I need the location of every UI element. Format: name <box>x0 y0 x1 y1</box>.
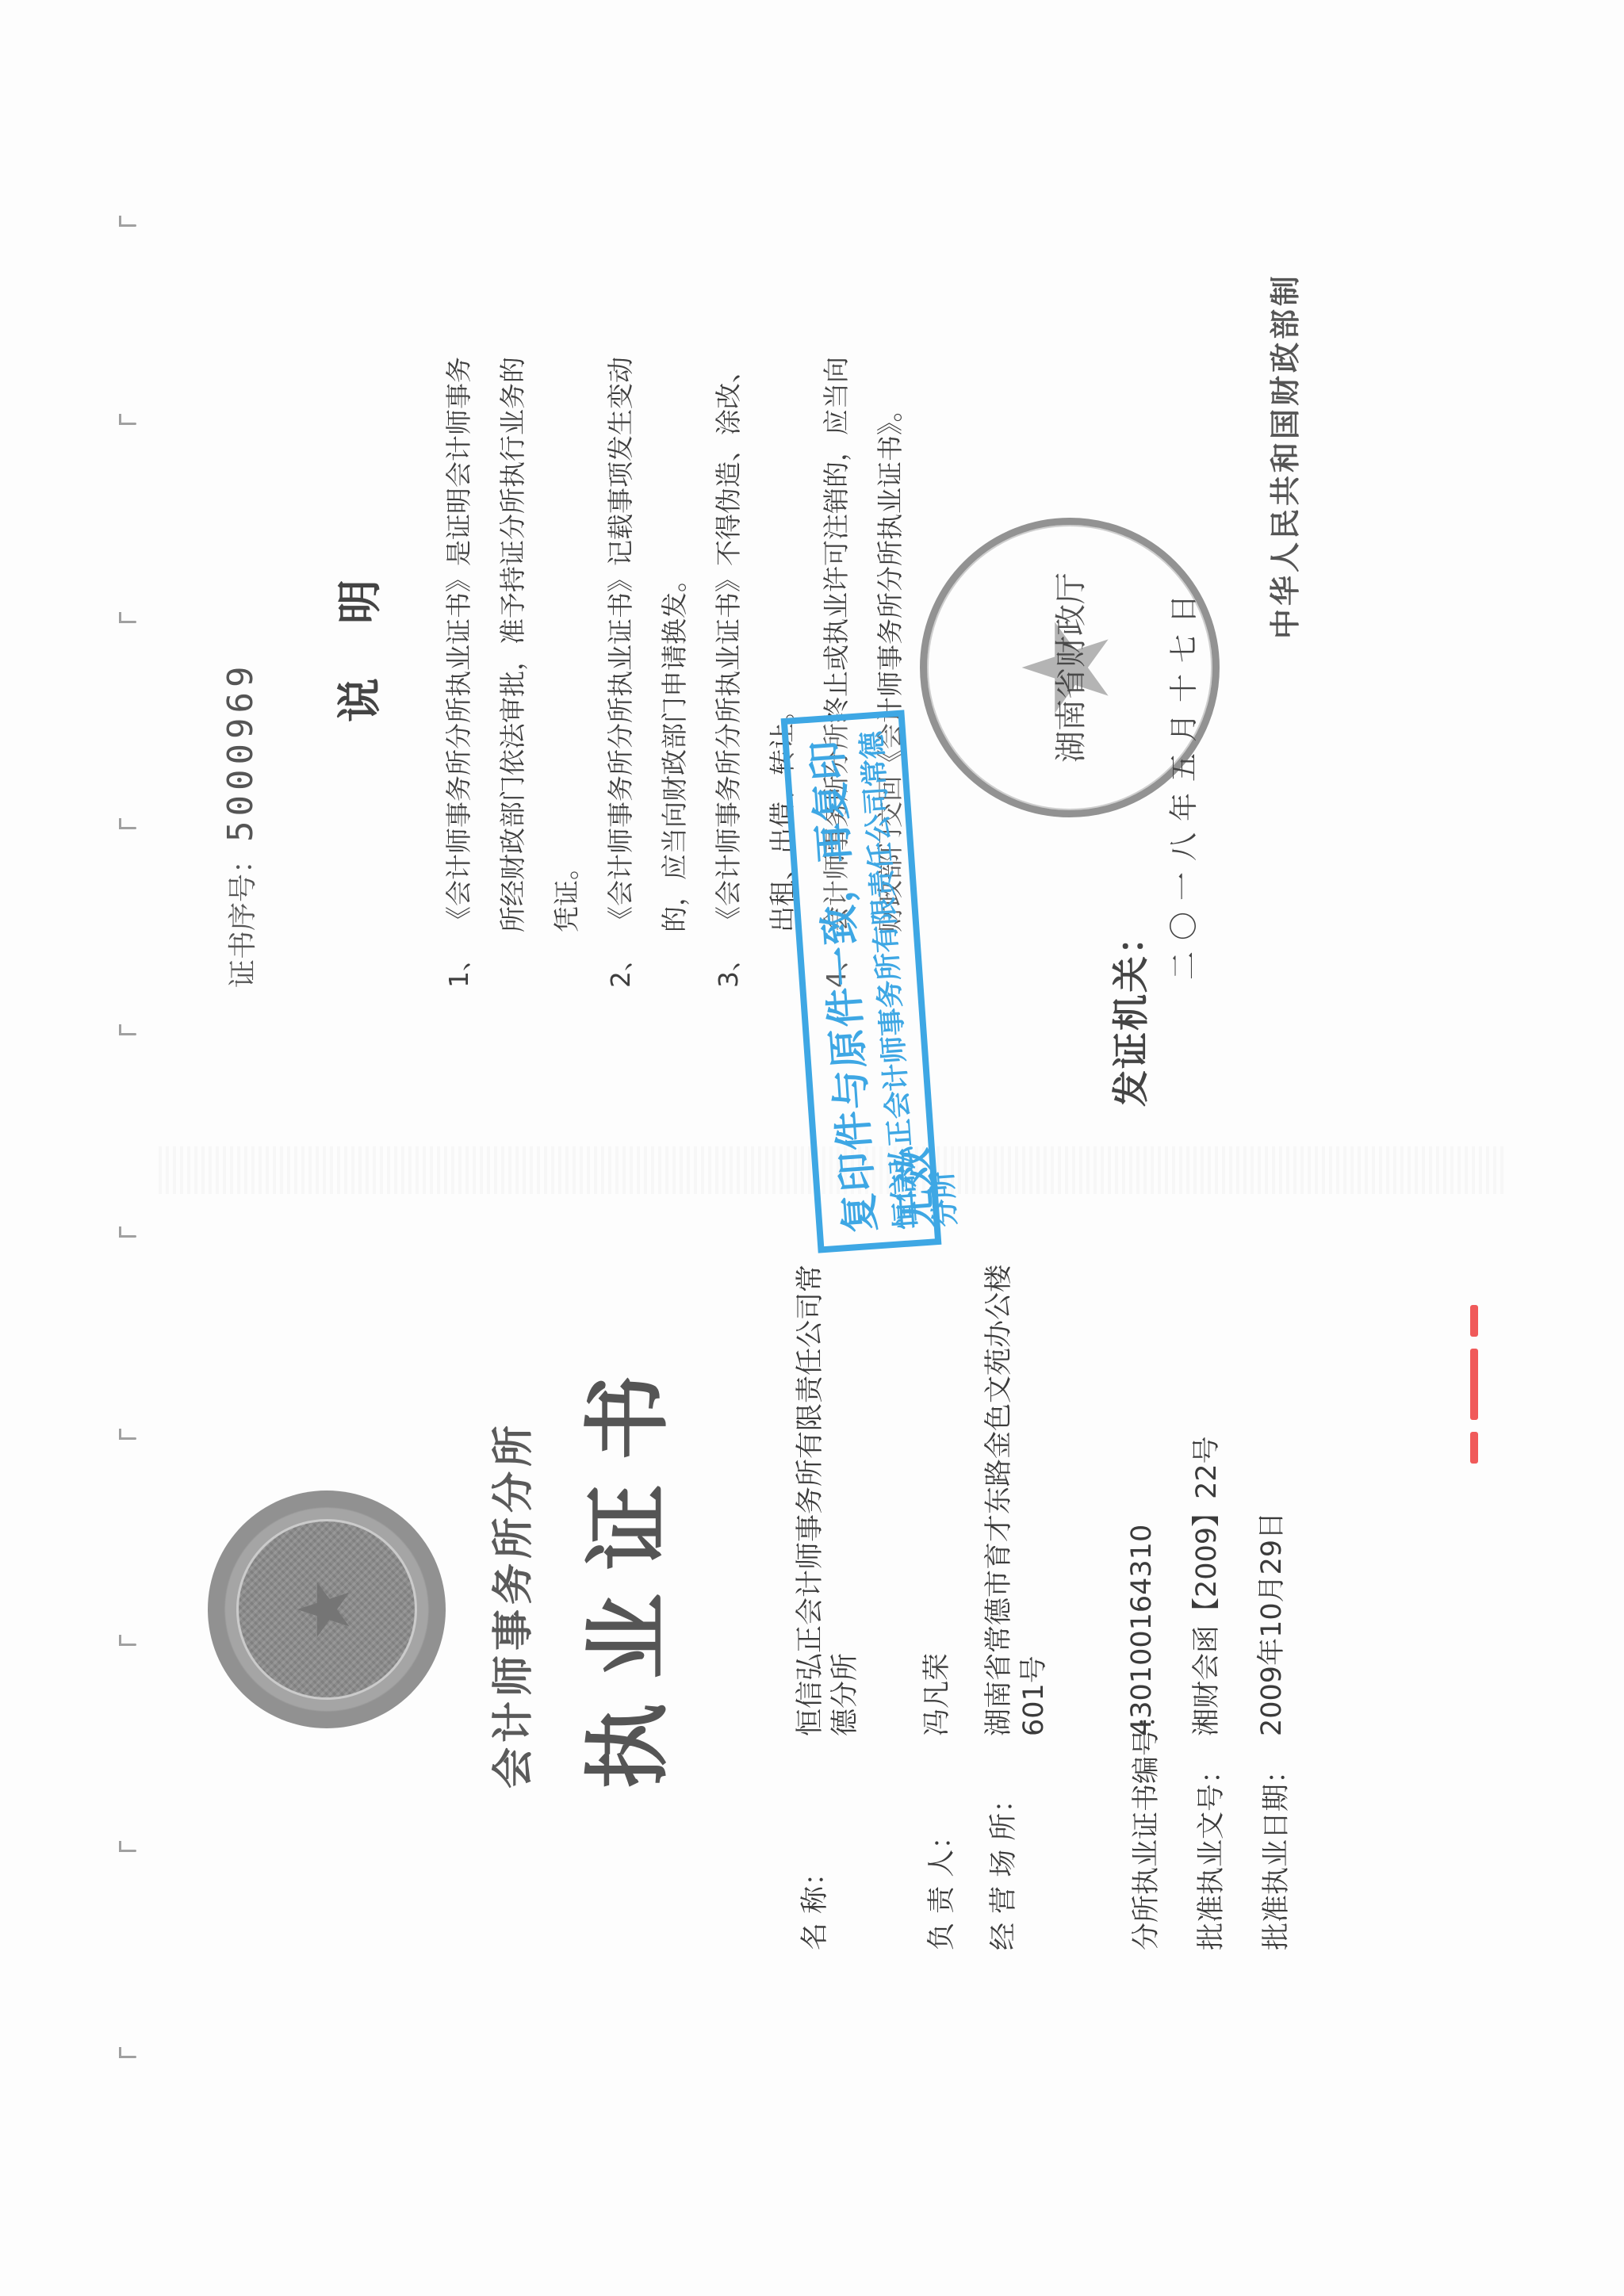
instruction-number: 1、 <box>432 945 486 988</box>
field-name: 名 称：恒信弘正会计师事务所有限责任公司常德分所 <box>793 1245 863 1950</box>
instruction-number: 2、 <box>594 945 648 988</box>
field-approval-date-value: 2009年10月29日 <box>1254 1245 1289 1736</box>
certificate-scan-page: ★ 会计师事务所分所 执业证书 名 称：恒信弘正会计师事务所有限责任公司常德分所… <box>0 0 1624 2296</box>
edge-tick-mark <box>119 1850 136 1852</box>
field-approval-date: 批准执业日期：2009年10月29日 <box>1254 1245 1294 1950</box>
field-approval-document-number-label: 批准执业文号： <box>1189 1736 1229 1950</box>
issue-date: 二〇一八年五月十七日 <box>1162 584 1202 980</box>
edge-tick-mark <box>119 1437 136 1440</box>
edge-tick-mark <box>119 1033 136 1035</box>
field-branch-certificate-number-label: 分所执业证书编号： <box>1124 1736 1164 1950</box>
edge-tick-mark <box>119 1235 136 1238</box>
instruction-item: 2、 《会计师事务所分所执业证书》记载事项发生变动的，应当向财政部门申请换发。 <box>594 354 702 988</box>
seal-text: 湖南省财政厅 <box>1046 525 1091 810</box>
field-approval-document-number-value: 湘财会函【2009】22号 <box>1189 1245 1224 1736</box>
certificate-title: 执业证书 <box>559 1351 682 1789</box>
edge-tick-mark <box>119 224 136 227</box>
serial-number: 5000969 <box>220 662 261 842</box>
instruction-text: 《会计师事务所分所执业证书》是证明会计师事务所经财政部门依法审批，准予持证分所执… <box>443 357 582 932</box>
instructions-heading: 说明 <box>325 526 389 722</box>
field-branch-certificate-number: 分所执业证书编号：430100164310 <box>1124 1245 1164 1950</box>
edge-tick-mark <box>119 827 136 829</box>
field-person-in-charge-label: 负 责 人： <box>920 1736 959 1950</box>
certificate-subtitle: 会计师事务所分所 <box>480 1421 539 1789</box>
edge-tick-mark <box>119 2056 136 2058</box>
issuer-footer: 中华人民共和国财政部制 <box>1261 273 1304 639</box>
emblem-star-icon: ★ <box>283 1490 366 1728</box>
instruction-text: 《会计师事务所分所执业证书》不得伪造、涂改、出租、出借、转让。 <box>713 357 798 932</box>
field-business-address-value: 湖南省常德市育才东路金色文苑办公楼601号 <box>982 1245 1051 1736</box>
field-business-address: 经 营 场 所：湖南省常德市育才东路金色文苑办公楼601号 <box>982 1245 1051 1950</box>
instruction-number: 3、 <box>702 945 756 988</box>
field-person-in-charge: 负 责 人：冯凡荣 <box>920 1245 959 1950</box>
field-name-label: 名 称： <box>793 1736 833 1950</box>
edge-tick-mark <box>119 423 136 425</box>
instruction-text: 《会计师事务所分所执业证书》记载事项发生变动的，应当向财政部门申请换发。 <box>605 357 690 932</box>
field-person-in-charge-value: 冯凡荣 <box>920 1245 955 1736</box>
field-branch-certificate-number-value: 430100164310 <box>1124 1245 1159 1736</box>
field-business-address-label: 经 营 场 所： <box>982 1736 1021 1950</box>
edge-tick-mark <box>119 1644 136 1646</box>
edge-tick-mark <box>119 621 136 623</box>
field-name-value: 恒信弘正会计师事务所有限责任公司常德分所 <box>793 1245 863 1736</box>
red-edge-mark <box>1465 1305 1483 1464</box>
field-approval-document-number: 批准执业文号：湘财会函【2009】22号 <box>1189 1245 1229 1950</box>
issuing-authority-label: 发证机关： <box>1102 916 1155 1107</box>
serial-label: 证书序号： <box>227 845 259 988</box>
national-emblem-icon: ★ <box>208 1490 446 1728</box>
certificate-serial: 证书序号：5000969 <box>220 662 261 988</box>
instruction-item: 1、 《会计师事务所分所执业证书》是证明会计师事务所经财政部门依法审批，准予持证… <box>432 354 594 988</box>
field-approval-date-label: 批准执业日期： <box>1254 1736 1294 1950</box>
